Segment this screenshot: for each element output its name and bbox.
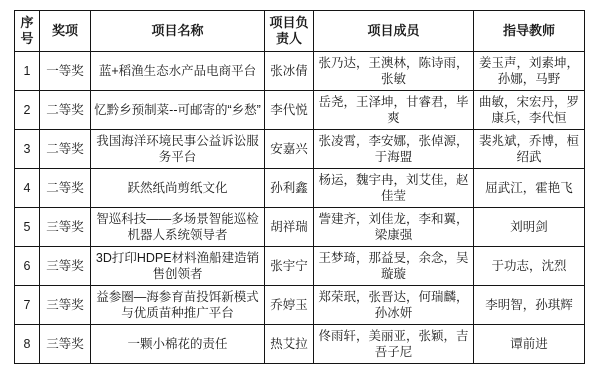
cell-project-name: 忆黔乡预制菜--可邮寄的“乡愁” <box>91 91 265 130</box>
cell-advisors: 裴兆斌，乔博，桓绍武 <box>474 130 585 169</box>
table-row: 3 二等奖 我国海洋环境民事公益诉讼服务平台 安嘉兴 张凌霄，李安娜，张倬源，于… <box>15 130 585 169</box>
cell-award: 三等奖 <box>40 208 91 247</box>
cell-advisors: 曲敏，宋宏丹，罗康兵，李代恒 <box>474 91 585 130</box>
cell-leader: 安嘉兴 <box>265 130 314 169</box>
cell-serial: 8 <box>15 325 40 364</box>
cell-leader: 张宇宁 <box>265 247 314 286</box>
cell-advisors: 于功志，沈烈 <box>474 247 585 286</box>
table-row: 7 三等奖 益参圈—海参育苗投饵新模式与优质苗种推广平台 乔婷玉 郑荣珉，张晋达… <box>15 286 585 325</box>
cell-serial: 4 <box>15 169 40 208</box>
cell-members: 佟雨轩，美丽亚，张颖，吉吾子尼 <box>314 325 474 364</box>
cell-leader: 李代悦 <box>265 91 314 130</box>
cell-members: 訾建齐，刘佳龙，李和翼，梁康强 <box>314 208 474 247</box>
cell-leader: 胡祥瑞 <box>265 208 314 247</box>
cell-advisors: 姜玉声，刘素坤，孙娜，马野 <box>474 52 585 91</box>
cell-award: 三等奖 <box>40 325 91 364</box>
header-project-name: 项目名称 <box>91 11 265 52</box>
cell-project-name: 3D打印HDPE材料渔船建造销售创领者 <box>91 247 265 286</box>
cell-members: 杨运，魏宇冉，刘艾佳，赵佳莹 <box>314 169 474 208</box>
table-row: 1 一等奖 蓝+稻渔生态水产品电商平台 张冰倩 张乃达，王澳林，陈诗雨，张敏 姜… <box>15 52 585 91</box>
awards-table-container: 序号 奖项 项目名称 项目负责人 项目成员 指导教师 1 一等奖 蓝+稻渔生态水… <box>14 10 584 364</box>
header-members: 项目成员 <box>314 11 474 52</box>
awards-table: 序号 奖项 项目名称 项目负责人 项目成员 指导教师 1 一等奖 蓝+稻渔生态水… <box>14 10 585 364</box>
cell-advisors: 刘明剑 <box>474 208 585 247</box>
cell-project-name: 一颗小棉花的责任 <box>91 325 265 364</box>
cell-project-name: 智巡科技——多场景智能巡检机器人系统领导者 <box>91 208 265 247</box>
cell-advisors: 谭前进 <box>474 325 585 364</box>
cell-members: 张乃达，王澳林，陈诗雨，张敏 <box>314 52 474 91</box>
header-row: 序号 奖项 项目名称 项目负责人 项目成员 指导教师 <box>15 11 585 52</box>
cell-serial: 7 <box>15 286 40 325</box>
cell-advisors: 屈武江，霍艳飞 <box>474 169 585 208</box>
cell-serial: 1 <box>15 52 40 91</box>
cell-members: 王梦琦，那益旻，余念，吴璇璇 <box>314 247 474 286</box>
table-row: 6 三等奖 3D打印HDPE材料渔船建造销售创领者 张宇宁 王梦琦，那益旻，余念… <box>15 247 585 286</box>
cell-members: 郑荣珉，张晋达，何瑞麟，孙冰妍 <box>314 286 474 325</box>
cell-award: 三等奖 <box>40 247 91 286</box>
cell-serial: 3 <box>15 130 40 169</box>
cell-leader: 乔婷玉 <box>265 286 314 325</box>
table-row: 2 二等奖 忆黔乡预制菜--可邮寄的“乡愁” 李代悦 岳尧，王泽坤，甘睿君，毕爽… <box>15 91 585 130</box>
cell-award: 二等奖 <box>40 130 91 169</box>
cell-leader: 热艾拉 <box>265 325 314 364</box>
table-row: 4 二等奖 跃然纸尚剪纸文化 孙利鑫 杨运，魏宇冉，刘艾佳，赵佳莹 屈武江，霍艳… <box>15 169 585 208</box>
cell-award: 二等奖 <box>40 91 91 130</box>
cell-project-name: 跃然纸尚剪纸文化 <box>91 169 265 208</box>
cell-serial: 5 <box>15 208 40 247</box>
header-serial: 序号 <box>15 11 40 52</box>
cell-project-name: 蓝+稻渔生态水产品电商平台 <box>91 52 265 91</box>
header-advisors: 指导教师 <box>474 11 585 52</box>
cell-project-name: 益参圈—海参育苗投饵新模式与优质苗种推广平台 <box>91 286 265 325</box>
table-row: 5 三等奖 智巡科技——多场景智能巡检机器人系统领导者 胡祥瑞 訾建齐，刘佳龙，… <box>15 208 585 247</box>
cell-members: 张凌霄，李安娜，张倬源，于海盟 <box>314 130 474 169</box>
cell-award: 二等奖 <box>40 169 91 208</box>
cell-leader: 张冰倩 <box>265 52 314 91</box>
cell-award: 三等奖 <box>40 286 91 325</box>
cell-award: 一等奖 <box>40 52 91 91</box>
cell-serial: 2 <box>15 91 40 130</box>
cell-serial: 6 <box>15 247 40 286</box>
cell-leader: 孙利鑫 <box>265 169 314 208</box>
cell-members: 岳尧，王泽坤，甘睿君，毕爽 <box>314 91 474 130</box>
header-award: 奖项 <box>40 11 91 52</box>
table-row: 8 三等奖 一颗小棉花的责任 热艾拉 佟雨轩，美丽亚，张颖，吉吾子尼 谭前进 <box>15 325 585 364</box>
header-leader: 项目负责人 <box>265 11 314 52</box>
cell-advisors: 李明智，孙琪辉 <box>474 286 585 325</box>
cell-project-name: 我国海洋环境民事公益诉讼服务平台 <box>91 130 265 169</box>
